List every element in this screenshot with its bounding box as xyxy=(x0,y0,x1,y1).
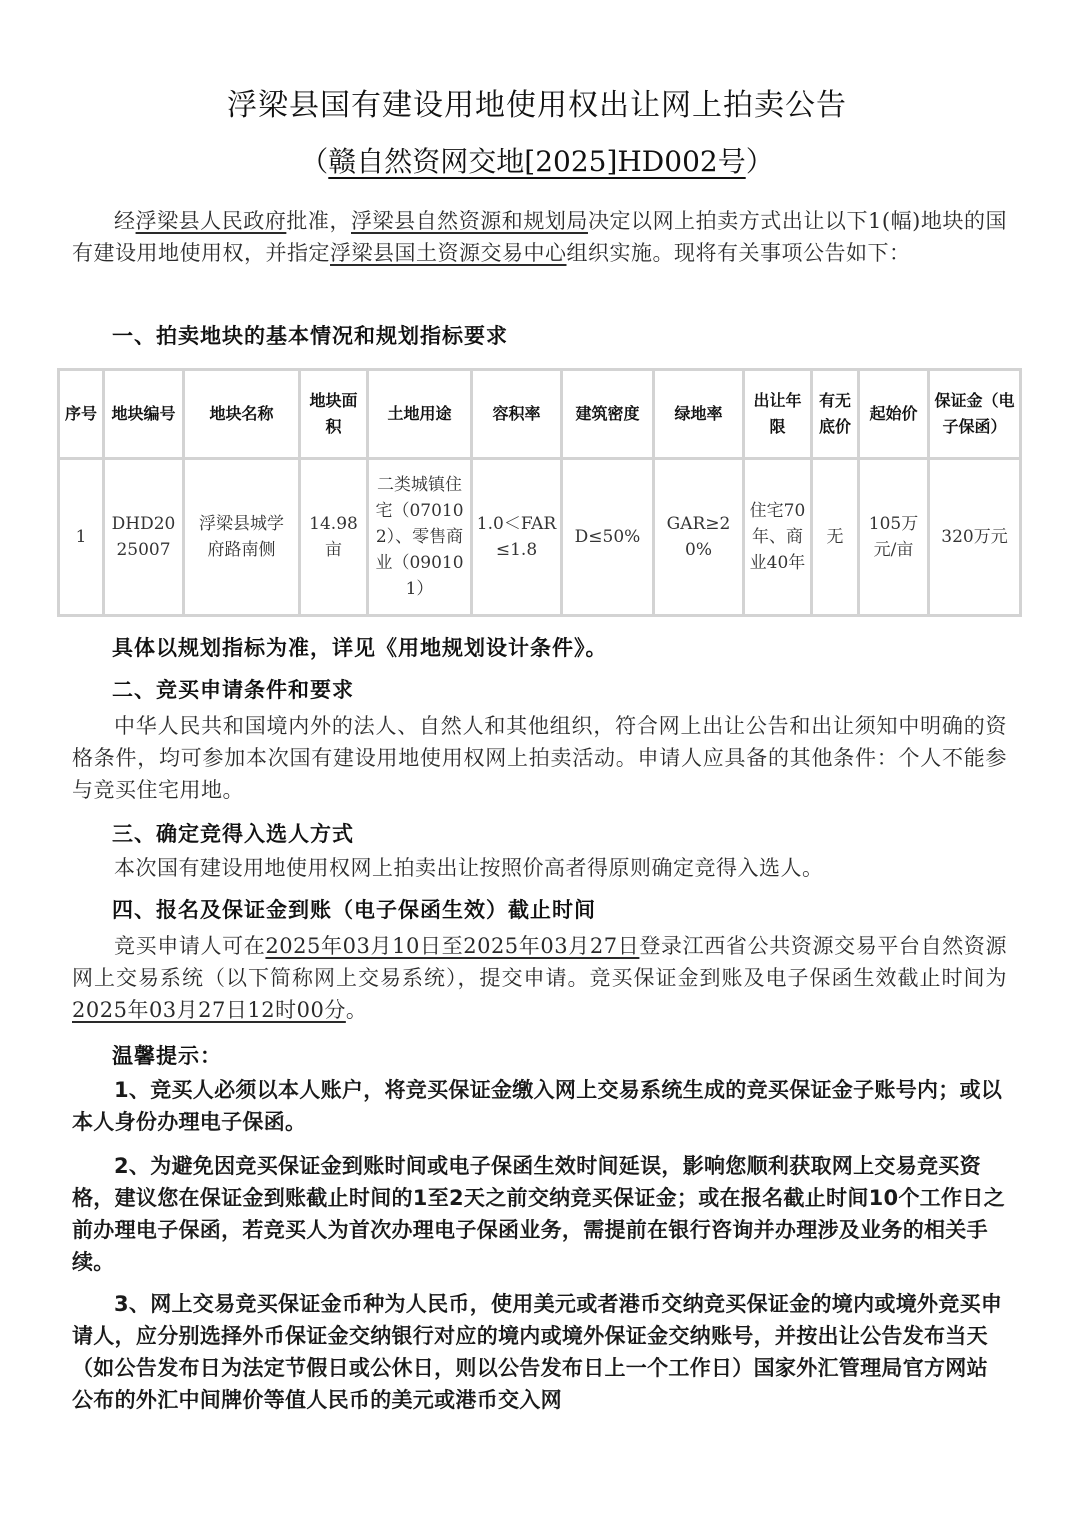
header-land-use: 土地用途 xyxy=(368,370,472,459)
cell-parcel-name: 浮梁县城学府路南侧 xyxy=(184,459,300,616)
header-parcel-name: 地块名称 xyxy=(184,370,300,459)
approving-government: 浮梁县人民政府 xyxy=(136,209,287,233)
issuing-bureau: 浮梁县自然资源和规划局 xyxy=(351,209,588,233)
section-3-heading: 三、确定竞得入选人方式 xyxy=(112,818,354,848)
cell-term: 住宅70年、商业40年 xyxy=(744,459,812,616)
header-far: 容积率 xyxy=(472,370,562,459)
implementing-center: 浮梁县国土资源交易中心 xyxy=(330,241,567,265)
header-deposit: 保证金（电子保函） xyxy=(929,370,1021,459)
cell-parcel-code: DHD2025007 xyxy=(104,459,184,616)
cell-deposit: 320万元 xyxy=(929,459,1021,616)
cell-far: 1.0＜FAR≤1.8 xyxy=(472,459,562,616)
cell-seq: 1 xyxy=(59,459,104,616)
tip-item-2: 2、为避免因竞买保证金到账时间或电子保函生效时间延误，影响您顺利获取网上交易竞买… xyxy=(72,1150,1007,1278)
header-parcel-code: 地块编号 xyxy=(104,370,184,459)
header-term: 出让年限 xyxy=(744,370,812,459)
section-1-heading: 一、拍卖地块的基本情况和规划指标要求 xyxy=(112,320,508,350)
cell-reserve-price: 无 xyxy=(812,459,859,616)
tip-item-3: 3、网上交易竞买保证金币种为人民币，使用美元或者港币交纳竞买保证金的境内或境外竞… xyxy=(72,1288,1007,1416)
land-parcel-table: 序号 地块编号 地块名称 地块面积 土地用途 容积率 建筑密度 绿地率 出让年限… xyxy=(57,368,1022,617)
header-seq: 序号 xyxy=(59,370,104,459)
registration-period: 2025年03月10日至2025年03月27日 xyxy=(265,934,639,958)
table-header-row: 序号 地块编号 地块名称 地块面积 土地用途 容积率 建筑密度 绿地率 出让年限… xyxy=(59,370,1021,459)
tip-item-1: 1、竞买人必须以本人账户，将竞买保证金缴入网上交易系统生成的竞买保证金子账号内；… xyxy=(72,1074,1007,1138)
intro-paragraph: 经浮梁县人民政府批准，浮梁县自然资源和规划局决定以网上拍卖方式出让以下1(幅)地… xyxy=(72,205,1007,269)
header-start-price: 起始价 xyxy=(859,370,929,459)
bracket-close: ） xyxy=(746,145,774,178)
header-green-ratio: 绿地率 xyxy=(654,370,744,459)
cell-start-price: 105万元/亩 xyxy=(859,459,929,616)
announcement-page: 浮梁县国有建设用地使用权出让网上拍卖公告 （赣自然资网交地[2025]HD002… xyxy=(0,0,1074,1520)
cell-area: 14.98亩 xyxy=(300,459,368,616)
section-3-body: 本次国有建设用地使用权网上拍卖出让按照价高者得原则确定竞得入选人。 xyxy=(72,852,1007,884)
section-2-heading: 二、竞买申请条件和要求 xyxy=(112,674,354,704)
tips-heading: 温馨提示： xyxy=(112,1040,222,1070)
document-title: 浮梁县国有建设用地使用权出让网上拍卖公告 xyxy=(0,80,1074,124)
section-4-body: 竞买申请人可在2025年03月10日至2025年03月27日登录江西省公共资源交… xyxy=(72,930,1007,1026)
bracket-open: （ xyxy=(300,145,328,178)
header-density: 建筑密度 xyxy=(562,370,654,459)
section-2-body: 中华人民共和国境内外的法人、自然人和其他组织，符合网上出让公告和出让须知中明确的… xyxy=(72,710,1007,806)
cell-density: D≤50% xyxy=(562,459,654,616)
section-4-heading: 四、报名及保证金到账（电子保函生效）截止时间 xyxy=(112,894,596,924)
cell-green-ratio: GAR≥20% xyxy=(654,459,744,616)
document-number: （赣自然资网交地[2025]HD002号） xyxy=(0,140,1074,180)
deposit-deadline: 2025年03月27日12时00分 xyxy=(72,998,346,1022)
cell-land-use: 二类城镇住宅（070102）、零售商业（090101） xyxy=(368,459,472,616)
header-area: 地块面积 xyxy=(300,370,368,459)
header-reserve-price: 有无底价 xyxy=(812,370,859,459)
planning-footnote: 具体以规划指标为准，详见《用地规划设计条件》。 xyxy=(112,632,608,662)
announcement-number: 赣自然资网交地[2025]HD002号 xyxy=(328,145,745,178)
table-row: 1 DHD2025007 浮梁县城学府路南侧 14.98亩 二类城镇住宅（070… xyxy=(59,459,1021,616)
